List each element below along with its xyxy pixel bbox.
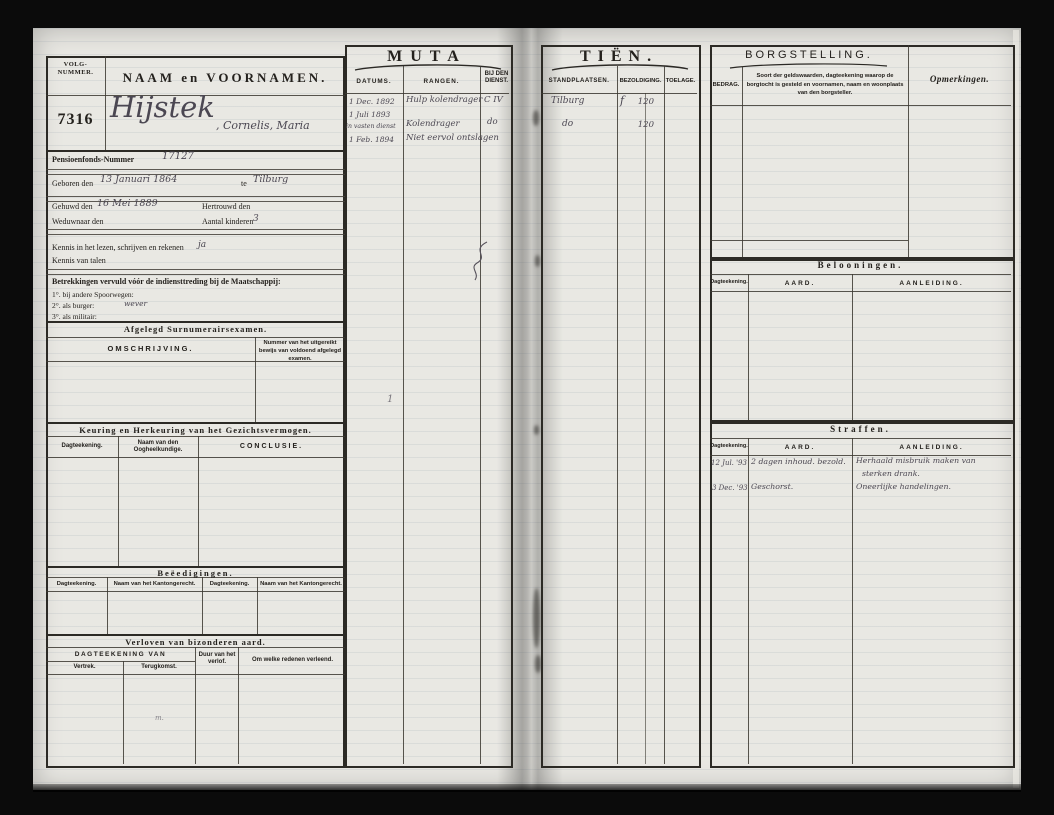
straffen-kolom-aanleiding: AANLEIDING. — [852, 444, 1011, 452]
geboren-label: Geboren den — [52, 179, 93, 188]
divider — [46, 321, 345, 323]
straf-dagteekening: 12 Jul. '93 — [711, 459, 747, 467]
flourish-line — [549, 63, 691, 72]
ink-smudge — [534, 425, 539, 435]
page-bottom-shadow — [33, 784, 1021, 792]
column-line — [664, 66, 665, 764]
keuring-titel: Keuring en Herkeuring van het Gezichtsve… — [46, 425, 345, 435]
divider — [541, 93, 697, 94]
beeedigingen-kolom2: Naam van het Kantongerecht. — [107, 581, 202, 588]
mutatien-left-frame — [345, 45, 513, 768]
column-line — [742, 66, 743, 257]
mutatie-dienst: do — [487, 117, 498, 127]
kolom-opmerkingen: Opmerkingen. — [908, 74, 1011, 85]
straf-aard: Geschorst. — [751, 482, 793, 491]
column-line — [645, 93, 646, 764]
gehuwd-label: Gehuwd den — [52, 202, 93, 211]
column-line — [255, 337, 256, 422]
mutatie-bezoldiging: 120 — [630, 120, 654, 130]
naam-handwritten: Hijstek — [110, 90, 215, 124]
naam-header: NAAM en VOORNAMEN. — [105, 70, 345, 86]
flourish-line — [728, 62, 890, 70]
mutatie-rang: Niet eervol ontslagen — [406, 133, 499, 143]
kolom-datums: DATUMS. — [345, 78, 403, 86]
column-line — [480, 66, 481, 764]
kolom-rangen: RANGEN. — [403, 78, 480, 86]
divider — [710, 240, 908, 241]
divider — [46, 591, 345, 592]
kennis-talen-label: Kennis van talen — [52, 256, 106, 265]
volgnummer-value: 7316 — [46, 110, 105, 129]
valuta-teken: f — [620, 94, 624, 107]
column-line — [403, 66, 404, 764]
scanned-register-page: VOLG-NUMMER. NAAM en VOORNAMEN. 7316 Hij… — [0, 0, 1054, 815]
straffen-kolom-dagteekening: Dagteekening. — [710, 443, 748, 450]
keuring-kolom-naam: Naam van den Oogheelkundige. — [121, 440, 195, 454]
ink-smudge — [533, 588, 540, 648]
belooningen-kolom-aanleiding: AANLEIDING. — [852, 280, 1011, 288]
column-line — [118, 436, 119, 566]
ink-smudge — [535, 255, 540, 267]
divider — [46, 337, 345, 338]
examen-titel: Afgelegd Surnumerairsexamen. — [46, 324, 345, 334]
te-label: te — [241, 179, 247, 188]
betrekkingen-regel1: 1°. bij andere Spoorwegen: — [52, 290, 134, 299]
ink-squiggle — [465, 240, 493, 282]
verloven-terugkomst: Terugkomst. — [123, 664, 195, 671]
kolom-soort: Soort der geldswaarden, dagteekening waa… — [746, 72, 904, 98]
beeedigingen-titel: Beëedigingen. — [46, 568, 345, 578]
mutatie-rang: Kolendrager — [406, 119, 460, 129]
column-line — [852, 438, 853, 764]
column-line — [748, 438, 749, 764]
straffen-kolom-aard: AARD. — [748, 444, 852, 452]
divider — [46, 269, 345, 275]
divider — [710, 105, 1011, 106]
column-line — [123, 661, 124, 764]
verloven-titel: Verloven van bizonderen aard. — [46, 637, 345, 647]
column-line — [748, 274, 749, 420]
kolom-bij-den-dienst: BIJ DEN DIENST. — [481, 71, 512, 85]
mutatie-datum: 1 Dec. 1892 — [349, 97, 395, 106]
divider — [46, 661, 195, 662]
mutatien-right-frame — [541, 45, 701, 768]
straf-aanleiding: sterken drank. — [862, 469, 920, 478]
mutatie-datum: 1 Feb. 1894 — [349, 135, 394, 144]
divider — [710, 274, 1011, 275]
voornamen-handwritten: , Cornelis, Maria — [216, 119, 310, 132]
keuring-kolom-conclusie: CONCLUSIE. — [198, 443, 345, 451]
divider — [710, 438, 1011, 439]
mutatie-standplaats: Tilburg — [551, 96, 584, 106]
verloven-duur: Duur van het verlof. — [196, 652, 238, 666]
column-line — [617, 66, 618, 764]
straf-aard: 2 dagen inhoud. bezold. — [751, 457, 846, 466]
beeedigingen-kolom4: Naam van het Kantongerecht. — [257, 581, 345, 588]
beeedigingen-kolom1: Dagteekening. — [46, 581, 107, 588]
divider — [710, 291, 1011, 292]
mutatie-bijschrift: in vasten dienst — [346, 123, 396, 130]
straffen-titel: Straffen. — [710, 424, 1011, 435]
mutatie-bezoldiging: 120 — [630, 97, 654, 107]
mutatie-standplaats: do — [562, 119, 573, 129]
verloven-dagteekening-van: DAGTEEKENING VAN — [46, 651, 195, 659]
hertrouwd-label: Hertrouwd den — [202, 202, 250, 211]
weduwnaar-label: Weduwnaar den — [52, 217, 104, 226]
stray-mark: 1 — [387, 394, 393, 405]
borgstelling-titel: BORGSTELLING. — [712, 49, 906, 62]
aantal-kinderen-label: Aantal kinderen — [202, 217, 253, 226]
ink-smudge — [533, 110, 539, 126]
belooningen-kolom-aard: AARD. — [748, 280, 852, 288]
divider — [345, 93, 509, 94]
keuring-kolom-dagteekening: Dagteekening. — [46, 443, 118, 450]
divider — [46, 422, 345, 424]
straf-dagteekening: 3 Dec. '93 — [712, 484, 748, 492]
pensioenfonds-nummer: 17127 — [162, 151, 194, 162]
verloven-redenen: Om welke redenen verleend. — [240, 657, 345, 664]
divider — [46, 229, 345, 235]
column-line — [238, 647, 239, 764]
kolom-standplaatsen: STANDPLAATSEN. — [541, 78, 617, 85]
divider — [46, 150, 345, 152]
column-line — [852, 274, 853, 420]
betrekkingen-regel2-waarde: wever — [124, 299, 147, 308]
kennis-lezen-value: ja — [198, 240, 206, 250]
belooningen-titel: Belooningen. — [710, 260, 1011, 271]
straf-aanleiding: Herhaald misbruik maken van — [856, 456, 976, 465]
volgnummer-header: VOLG-NUMMER. — [48, 61, 103, 77]
kolom-bezoldiging: BEZOLDIGING. — [617, 78, 664, 85]
betrekkingen-titel: Betrekkingen vervuld vóór de indiensttre… — [52, 277, 281, 286]
divider — [46, 169, 345, 175]
pensioenfonds-label: Pensioenfonds-Nummer — [52, 155, 134, 164]
kolom-toelage: TOELAGE. — [664, 78, 697, 85]
divider — [46, 457, 345, 458]
geboren-datum: 13 Januari 1864 — [100, 174, 177, 185]
gehuwd-datum: 16 Mei 1889 — [97, 198, 158, 209]
betrekkingen-regel2: 2°. als burger: — [52, 301, 94, 310]
stray-mark: m. — [155, 714, 164, 722]
belooningen-kolom-dagteekening: Dagteekening. — [710, 279, 748, 286]
column-line — [198, 436, 199, 566]
beeedigingen-kolom3: Dagteekening. — [202, 581, 257, 588]
divider — [46, 634, 345, 636]
betrekkingen-regel3: 3°. als militair: — [52, 312, 97, 321]
aantal-kinderen-value: 3 — [253, 214, 259, 224]
straf-aanleiding: Oneerlijke handelingen. — [856, 482, 951, 491]
mutatie-datum: 1 Juli 1893 — [349, 110, 390, 119]
geboorteplaats: Tilburg — [253, 174, 288, 185]
verloven-vertrek: Vertrek. — [46, 664, 123, 671]
examen-kolom-nummer: Nummer van het uitgereikt bewijs van vol… — [258, 340, 342, 363]
mutatie-rang: Hulp kolendrager — [406, 95, 482, 105]
divider — [46, 436, 345, 437]
kennis-lezen-label: Kennis in het lezen, schrijven en rekene… — [52, 243, 184, 252]
mutatie-dienst: C IV — [484, 95, 503, 105]
kolom-bedrag: BEDRAG. — [710, 82, 742, 89]
examen-kolom-omschrijving: OMSCHRIJVING. — [46, 344, 255, 353]
